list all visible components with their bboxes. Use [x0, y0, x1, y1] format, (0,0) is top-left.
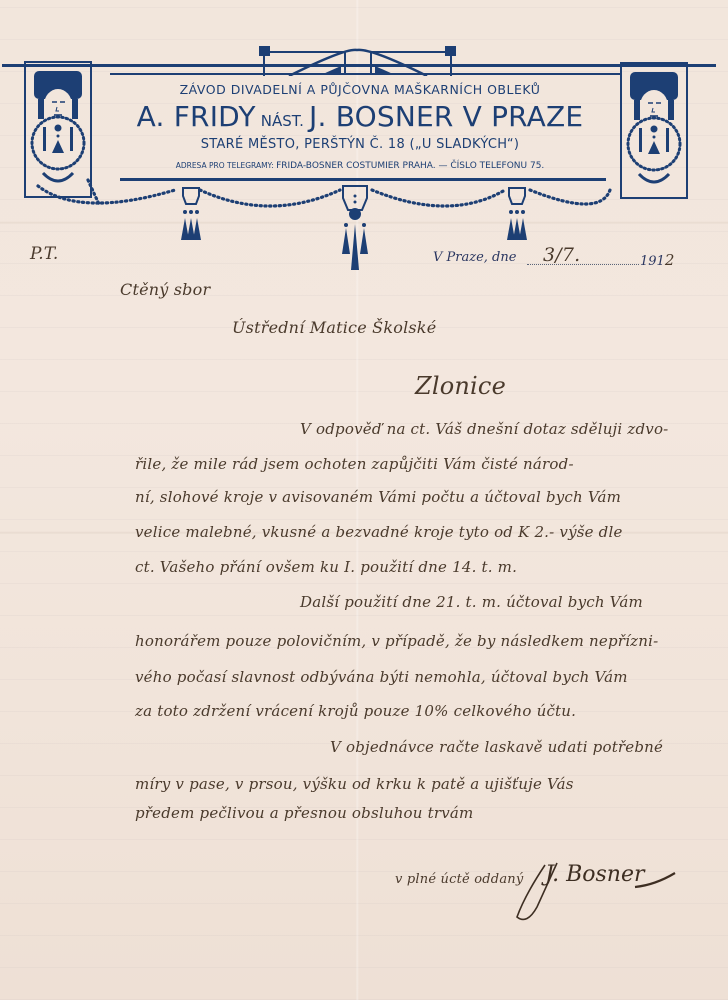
recipient-town: Zlonice	[415, 372, 506, 400]
letterhead-business-type: ZÁVOD DIVADELNÍ A PŮJČOVNA MAŠKARNÍCH OB…	[90, 82, 630, 97]
body-line: předem pečlivou a přesnou obsluhou trvám	[135, 804, 473, 822]
date-day-month: 3/7.	[543, 244, 580, 266]
signature-flourish-icon	[505, 855, 685, 935]
body-line: velice malebné, vkusné a bezvadné kroje …	[135, 523, 623, 541]
woman-portrait-icon	[26, 63, 90, 196]
body-line: řile, že mile rád jsem ochoten zapůjčiti…	[135, 455, 574, 473]
garland-tassel-ornament	[0, 178, 728, 270]
body-line: V objednávce račte laskavě udati potřebn…	[330, 738, 663, 756]
body-line: míry v pase, v prsou, výšku od krku k pa…	[135, 775, 574, 793]
company-name-part1: A. FRIDY	[137, 100, 256, 133]
body-line: ní, slohové kroje v avisovaném Vámi počt…	[135, 488, 621, 506]
body-line: Další použití dne 21. t. m. účtoval bych…	[300, 593, 643, 611]
date-place-label: V Praze, dne	[433, 250, 516, 265]
letterhead-company-name: A. FRIDY NÁST. J. BOSNER V PRAZE	[94, 100, 626, 133]
body-line: honorářem pouze polovičním, v případě, ž…	[135, 632, 658, 650]
body-line: V odpověď na ct. Váš dnešní dotaz sděluj…	[300, 420, 668, 438]
telegram-label: ADRESA PRO TELEGRAMY:	[176, 161, 274, 170]
salutation: Ctěný sbor	[120, 280, 210, 299]
year-handwritten-digit: 2	[665, 251, 675, 269]
letterhead-ornament-top	[245, 46, 471, 76]
year-prefix: 191	[640, 254, 665, 269]
recipient-name: Ústřední Matice Školské	[232, 318, 436, 337]
letterhead-telegram-line: ADRESA PRO TELEGRAMY: FRIDA-BOSNER COSTU…	[90, 161, 630, 171]
letter-initials: P.T.	[30, 244, 58, 264]
body-line: vého počasí slavnost odbývána býti nemoh…	[135, 668, 628, 686]
company-name-part3: J. BOSNER V PRAZE	[309, 100, 583, 133]
telegram-value: FRIDA-BOSNER COSTUMIER PRAHA. — ČÍSLO TE…	[276, 161, 544, 171]
body-line: za toto zdržení vrácení krojů pouze 10% …	[135, 702, 576, 720]
letterhead-address: STARÉ MĚSTO, PERŠTÝN Č. 18 („U SLADKÝCH“…	[90, 137, 630, 152]
date-year-printed: 1912	[640, 251, 675, 269]
company-name-part2: NÁST.	[261, 112, 304, 130]
body-line: ct. Vašeho přání ovšem ku I. použití dne…	[135, 558, 517, 576]
